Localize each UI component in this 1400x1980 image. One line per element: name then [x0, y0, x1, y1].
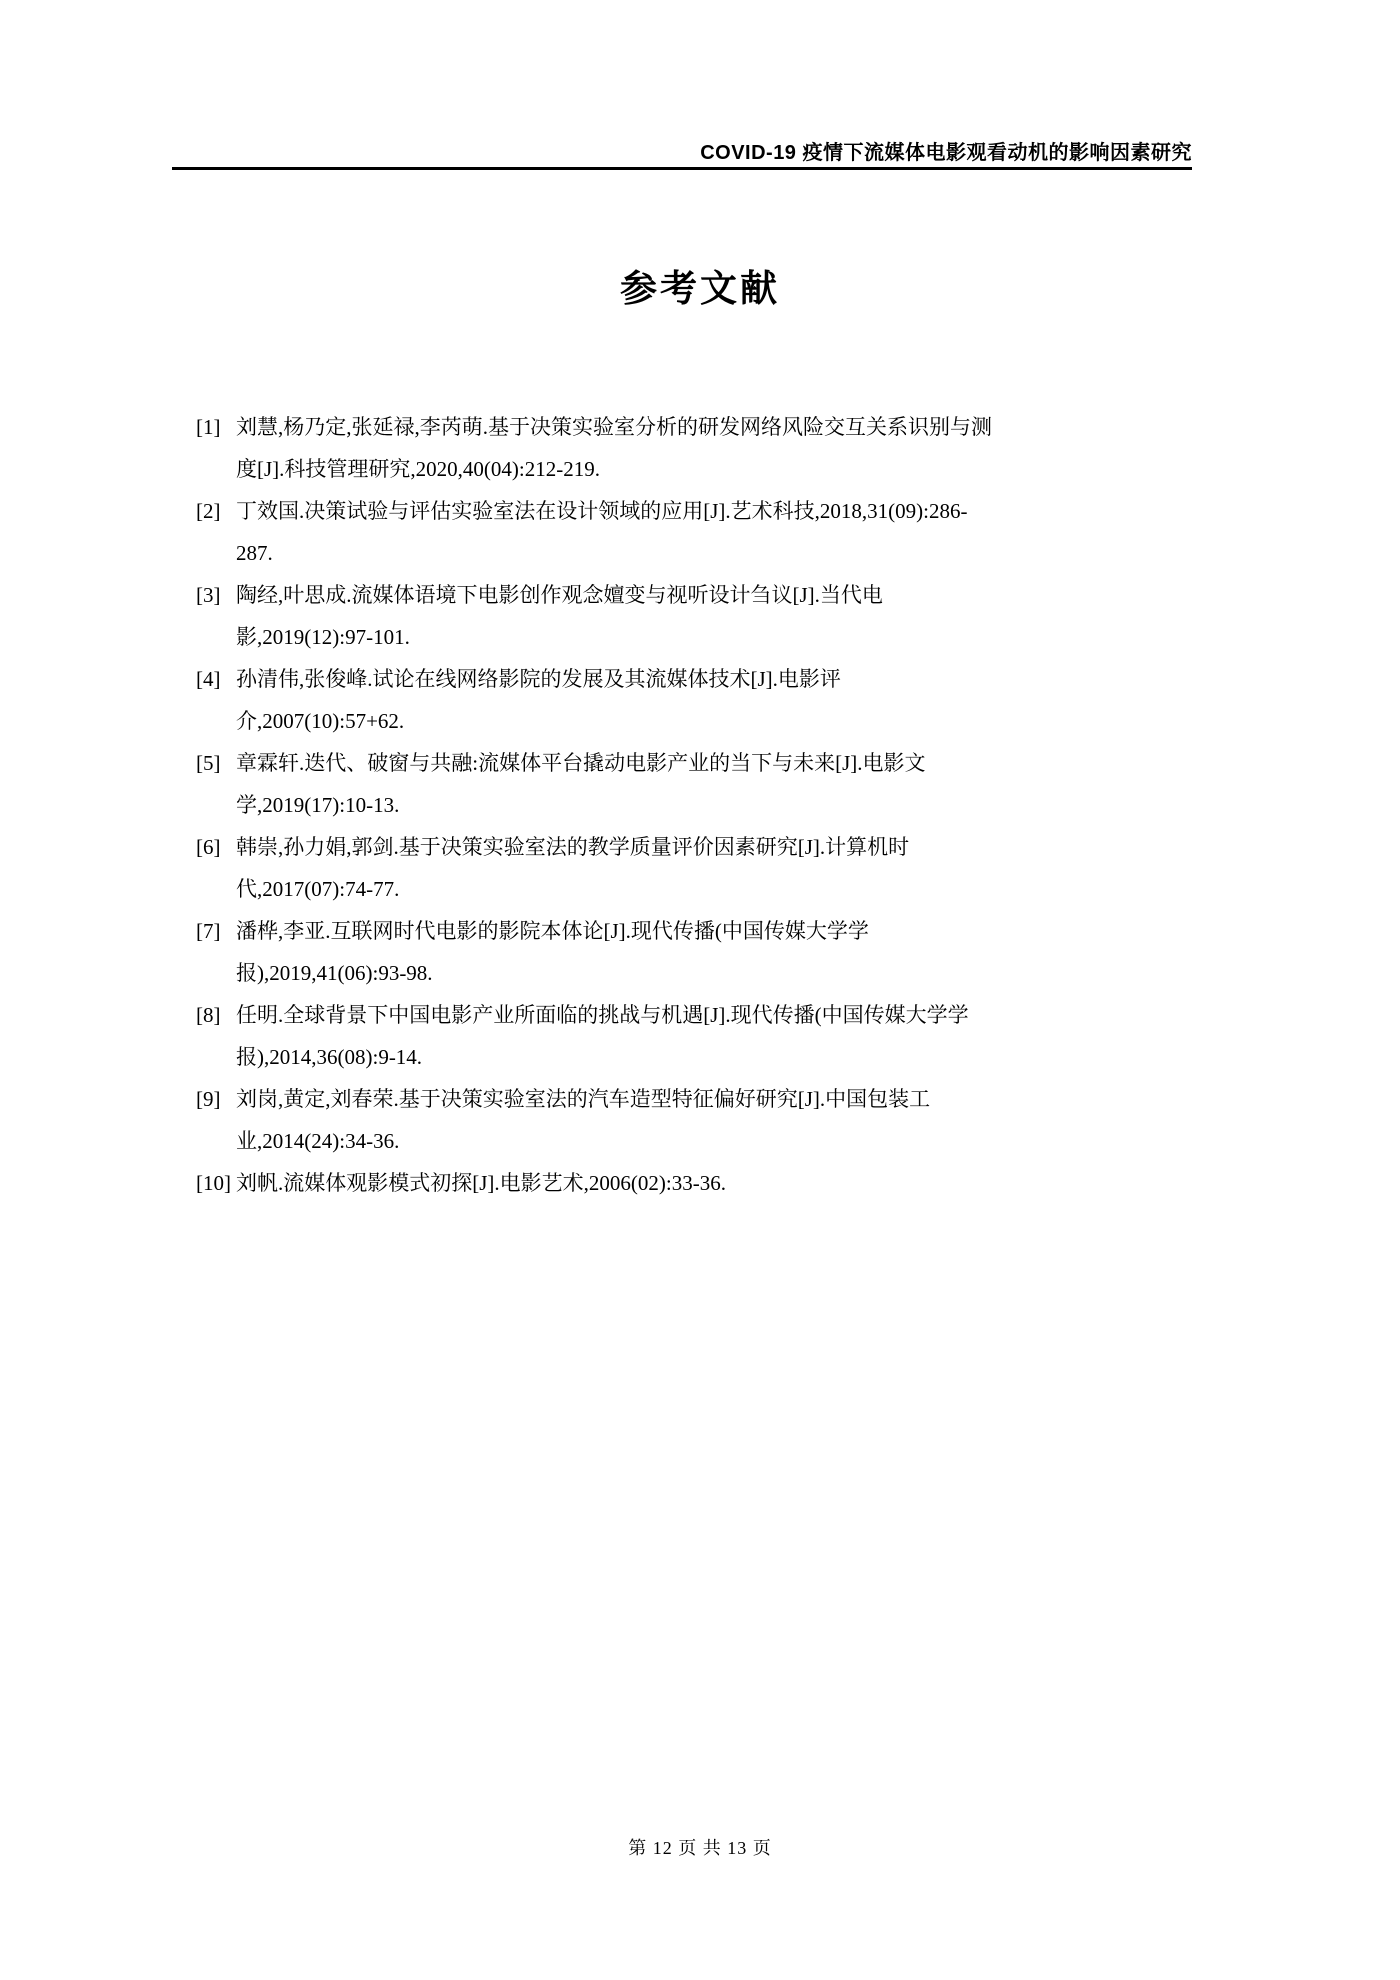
reference-item: [5] 章霖轩.迭代、破窗与共融:流媒体平台撬动电影产业的当下与未来[J].电影… — [196, 742, 1200, 826]
reference-text-line: 影,2019(12):97-101. — [236, 616, 1200, 658]
reference-item: [2] 丁效国.决策试验与评估实验室法在设计领域的应用[J].艺术科技,2018… — [196, 490, 1200, 574]
reference-marker: [10] — [196, 1162, 236, 1204]
reference-text: 丁效国.决策试验与评估实验室法在设计领域的应用[J].艺术科技,2018,31(… — [236, 490, 1200, 574]
reference-text-line: 潘桦,李亚.互联网时代电影的影院本体论[J].现代传播(中国传媒大学学 — [236, 910, 1200, 952]
reference-text-line: 章霖轩.迭代、破窗与共融:流媒体平台撬动电影产业的当下与未来[J].电影文 — [236, 742, 1200, 784]
reference-text-line: 业,2014(24):34-36. — [236, 1120, 1200, 1162]
reference-marker: [4] — [196, 658, 236, 700]
reference-text-line: 孙清伟,张俊峰.试论在线网络影院的发展及其流媒体技术[J].电影评 — [236, 658, 1200, 700]
page-title: 参考文献 — [0, 258, 1400, 312]
reference-text-line: 287. — [236, 532, 1200, 574]
reference-item: [10] 刘帆.流媒体观影模式初探[J].电影艺术,2006(02):33-36… — [196, 1162, 1200, 1204]
reference-text: 刘慧,杨乃定,张延禄,李芮萌.基于决策实验室分析的研发网络风险交互关系识别与测度… — [236, 406, 1200, 490]
document-page: COVID-19 疫情下流媒体电影观看动机的影响因素研究 参考文献 [1] 刘慧… — [0, 0, 1400, 1980]
header-rule — [172, 167, 1192, 170]
reference-text-line: 代,2017(07):74-77. — [236, 868, 1200, 910]
reference-text: 刘岗,黄定,刘春荣.基于决策实验室法的汽车造型特征偏好研究[J].中国包装工业,… — [236, 1078, 1200, 1162]
reference-text: 刘帆.流媒体观影模式初探[J].电影艺术,2006(02):33-36. — [236, 1162, 1200, 1204]
reference-marker: [7] — [196, 910, 236, 952]
reference-text: 潘桦,李亚.互联网时代电影的影院本体论[J].现代传播(中国传媒大学学报),20… — [236, 910, 1200, 994]
reference-text-line: 陶经,叶思成.流媒体语境下电影创作观念嬗变与视听设计刍议[J].当代电 — [236, 574, 1200, 616]
reference-marker: [9] — [196, 1078, 236, 1120]
references-list: [1] 刘慧,杨乃定,张延禄,李芮萌.基于决策实验室分析的研发网络风险交互关系识… — [196, 406, 1200, 1204]
reference-text: 任明.全球背景下中国电影产业所面临的挑战与机遇[J].现代传播(中国传媒大学学报… — [236, 994, 1200, 1078]
reference-item: [7] 潘桦,李亚.互联网时代电影的影院本体论[J].现代传播(中国传媒大学学报… — [196, 910, 1200, 994]
reference-text-line: 报),2014,36(08):9-14. — [236, 1036, 1200, 1078]
page-footer: 第 12 页 共 13 页 — [0, 1834, 1400, 1860]
reference-item: [3] 陶经,叶思成.流媒体语境下电影创作观念嬗变与视听设计刍议[J].当代电影… — [196, 574, 1200, 658]
reference-item: [6] 韩崇,孙力娟,郭剑.基于决策实验室法的教学质量评价因素研究[J].计算机… — [196, 826, 1200, 910]
reference-text: 韩崇,孙力娟,郭剑.基于决策实验室法的教学质量评价因素研究[J].计算机时代,2… — [236, 826, 1200, 910]
page-header: COVID-19 疫情下流媒体电影观看动机的影响因素研究 — [172, 136, 1192, 165]
reference-item: [1] 刘慧,杨乃定,张延禄,李芮萌.基于决策实验室分析的研发网络风险交互关系识… — [196, 406, 1200, 490]
reference-item: [9] 刘岗,黄定,刘春荣.基于决策实验室法的汽车造型特征偏好研究[J].中国包… — [196, 1078, 1200, 1162]
reference-text-line: 刘慧,杨乃定,张延禄,李芮萌.基于决策实验室分析的研发网络风险交互关系识别与测 — [236, 406, 1200, 448]
running-head-title: COVID-19 疫情下流媒体电影观看动机的影响因素研究 — [700, 142, 1192, 164]
reference-marker: [8] — [196, 994, 236, 1036]
reference-text-line: 学,2019(17):10-13. — [236, 784, 1200, 826]
reference-marker: [2] — [196, 490, 236, 532]
reference-item: [8] 任明.全球背景下中国电影产业所面临的挑战与机遇[J].现代传播(中国传媒… — [196, 994, 1200, 1078]
reference-text: 章霖轩.迭代、破窗与共融:流媒体平台撬动电影产业的当下与未来[J].电影文学,2… — [236, 742, 1200, 826]
reference-text-line: 度[J].科技管理研究,2020,40(04):212-219. — [236, 448, 1200, 490]
reference-text: 孙清伟,张俊峰.试论在线网络影院的发展及其流媒体技术[J].电影评介,2007(… — [236, 658, 1200, 742]
reference-marker: [1] — [196, 406, 236, 448]
reference-text: 陶经,叶思成.流媒体语境下电影创作观念嬗变与视听设计刍议[J].当代电影,201… — [236, 574, 1200, 658]
reference-text-line: 刘帆.流媒体观影模式初探[J].电影艺术,2006(02):33-36. — [236, 1162, 1200, 1204]
reference-text-line: 介,2007(10):57+62. — [236, 700, 1200, 742]
reference-marker: [6] — [196, 826, 236, 868]
reference-text-line: 报),2019,41(06):93-98. — [236, 952, 1200, 994]
reference-text-line: 刘岗,黄定,刘春荣.基于决策实验室法的汽车造型特征偏好研究[J].中国包装工 — [236, 1078, 1200, 1120]
page-number-text: 第 12 页 共 13 页 — [628, 1838, 772, 1858]
reference-marker: [5] — [196, 742, 236, 784]
reference-item: [4] 孙清伟,张俊峰.试论在线网络影院的发展及其流媒体技术[J].电影评介,2… — [196, 658, 1200, 742]
reference-marker: [3] — [196, 574, 236, 616]
reference-text-line: 丁效国.决策试验与评估实验室法在设计领域的应用[J].艺术科技,2018,31(… — [236, 490, 1200, 532]
reference-text-line: 韩崇,孙力娟,郭剑.基于决策实验室法的教学质量评价因素研究[J].计算机时 — [236, 826, 1200, 868]
reference-text-line: 任明.全球背景下中国电影产业所面临的挑战与机遇[J].现代传播(中国传媒大学学 — [236, 994, 1200, 1036]
